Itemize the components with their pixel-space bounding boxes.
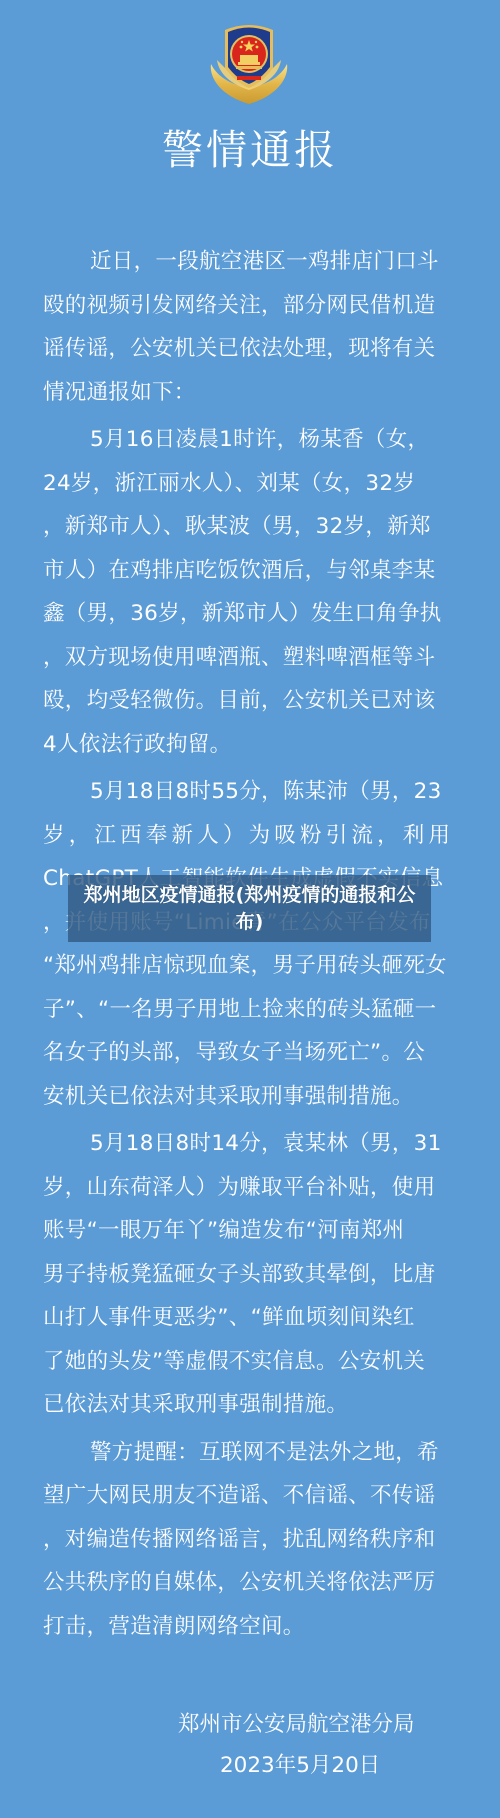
text-line: 子”、“一名男子用地上捡来的砖头猛砸一 [43,988,463,1032]
text-line: 名女子的头部，导致女子当场死亡”。公 [43,1031,463,1075]
text-line: 5月16日凌晨1时许，杨某香（女， [43,418,463,462]
paragraph-police-reminder: 警方提醒：互联网不是法外之地，希 望广大网民朋友不造谣、不信谣、不传谣 ，对编造… [43,1431,463,1649]
text-line: 殴，均受轻微伤。目前，公安机关已对该 [43,679,463,723]
paragraph-rumor-chen: 5月18日8时55分，陈某沛（男，23 岁，江西奉新人）为吸粉引流，利用 Cha… [43,770,463,1118]
text-line: “郑州鸡排店惊现血案，男子用砖头砸死女 [43,944,463,988]
text-line: 近日，一段航空港区一鸡排店门口斗 [43,240,463,284]
text-line: 望广大网民朋友不造谣、不信谣、不传谣 [43,1474,463,1518]
text-line: 警方提醒：互联网不是法外之地，希 [43,1431,463,1475]
issue-date: 2023年5月20日 [220,1751,380,1781]
text-line: 打击，营造清朗网络空间。 [43,1605,463,1649]
text-line: 情况通报如下： [43,371,463,415]
text-line: 已依法对其采取刑事强制措施。 [43,1383,463,1427]
text-line: 安机关已依法对其采取刑事强制措施。 [43,1075,463,1119]
text-line: ，双方现场使用啤酒瓶、塑料啤酒框等斗 [43,636,463,680]
text-line: 4人依法行政拘留。 [43,723,463,767]
text-line: 谣传谣，公安机关已依法处理，现将有关 [43,327,463,371]
text-line: 岁，山东荷泽人）为赚取平台补贴，使用 [43,1166,463,1210]
text-line: ，对编造传播网络谣言，扰乱网络秩序和 [43,1518,463,1562]
text-line: 鑫（男，36岁，新郑市人）发生口角争执 [43,592,463,636]
text-line: 岁，江西奉新人）为吸粉引流，利用 [43,814,463,858]
text-line: 5月18日8时55分，陈某沛（男，23 [43,770,463,814]
paragraph-rumor-yuan: 5月18日8时14分，袁某林（男，31 岁，山东荷泽人）为赚取平台补贴，使用 账… [43,1122,463,1427]
text-line: ，新郑市人）、耿某波（男，32岁，新郑 [43,505,463,549]
caption-text: 郑州地区疫情通报(郑州疫情的通报和公布) [68,882,431,936]
text-line: 公共秩序的自媒体，公安机关将依法严厉 [43,1561,463,1605]
text-line: 山打人事件更恶劣”、“鲜血顷刻间染红 [43,1296,463,1340]
text-line: 24岁，浙江丽水人）、刘某（女，32岁 [43,462,463,506]
text-line: 市人）在鸡排店吃饭饮酒后，与邻桌李某 [43,549,463,593]
page-title: 警情通报 [0,122,500,178]
police-emblem-icon [203,18,295,108]
text-line: 男子持板凳猛砸女子头部致其晕倒，比唐 [43,1253,463,1297]
paragraph-intro: 近日，一段航空港区一鸡排店门口斗 殴的视频引发网络关注，部分网民借机造 谣传谣，… [43,240,463,414]
text-line: 账号“一眼万年丫”编造发布“河南郑州 [43,1209,463,1253]
text-line: 殴的视频引发网络关注，部分网民借机造 [43,284,463,328]
text-line: 了她的头发”等虚假不实信息。公安机关 [43,1340,463,1384]
paragraph-incident-may16: 5月16日凌晨1时许，杨某香（女， 24岁，浙江丽水人）、刘某（女，32岁 ，新… [43,418,463,766]
issuing-organization: 郑州市公安局航空港分局 [178,1710,415,1740]
caption-overlay: 郑州地区疫情通报(郑州疫情的通报和公布) [68,875,431,942]
text-line: 5月18日8时14分，袁某林（男，31 [43,1122,463,1166]
notice-body: 近日，一段航空港区一鸡排店门口斗 殴的视频引发网络关注，部分网民借机造 谣传谣，… [43,240,463,1648]
